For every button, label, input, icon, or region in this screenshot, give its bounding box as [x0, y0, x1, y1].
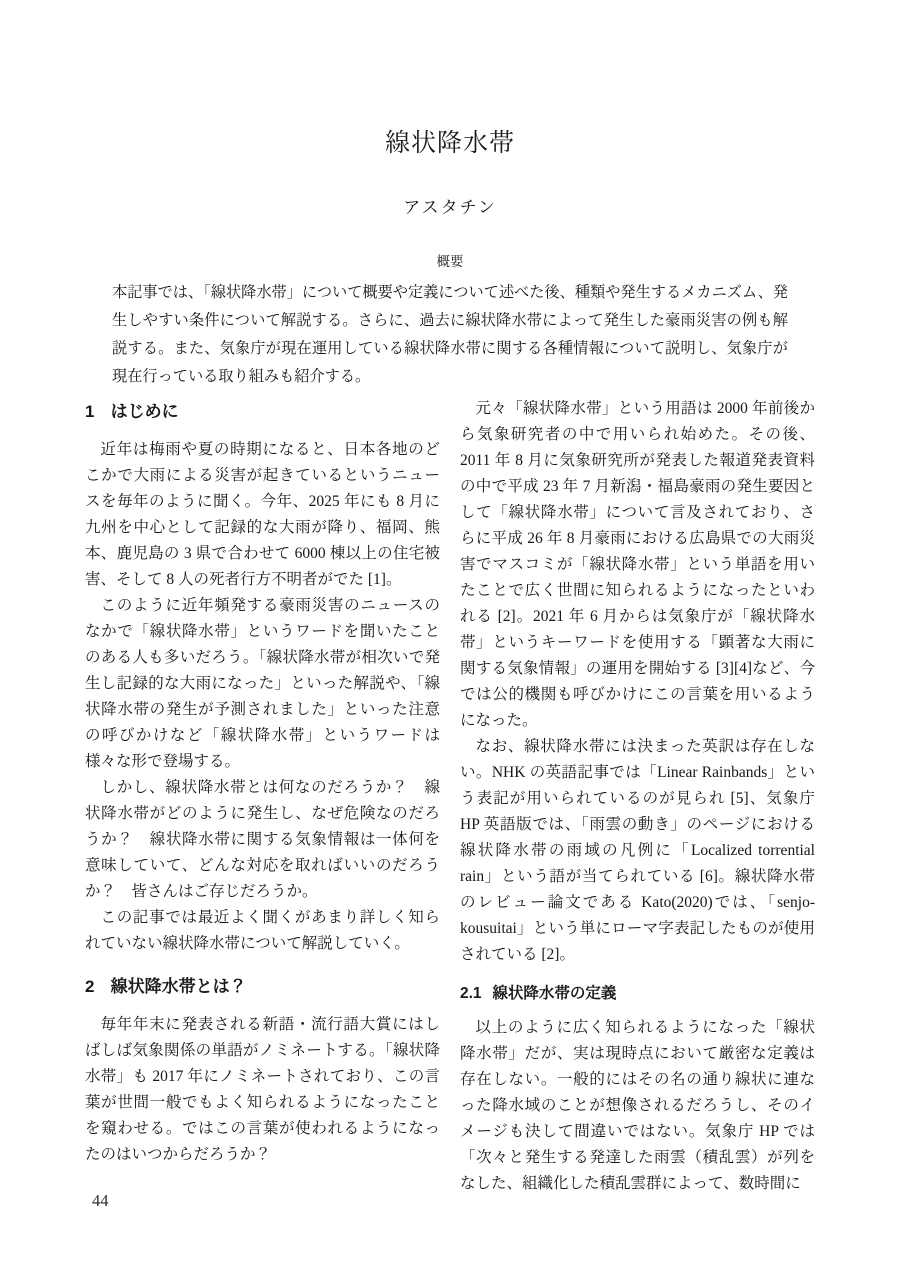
section-1-number: 1: [85, 400, 94, 424]
right-column: 元々「線状降水帯」という用語は 2000 年前後から気象研究者の中で用いられ始め…: [460, 396, 815, 1197]
abstract-heading: 概要: [0, 252, 900, 272]
section-1-paragraph-1: 近年は梅雨や夏の時期になると、日本各地のどこかで大雨による災害が起きているという…: [85, 437, 440, 593]
page-number: 44: [92, 1191, 109, 1211]
section-1-paragraph-4: この記事では最近よく聞くがあまり詳しく知られていない線状降水帯について解説してい…: [85, 905, 440, 957]
section-1-heading: 1はじめに: [85, 400, 440, 424]
section-2-number: 2: [85, 975, 94, 999]
section-2-paragraph-1: 毎年年末に発表される新語・流行語大賞にはしばしば気象関係の単語がノミネートする。…: [85, 1012, 440, 1168]
section-2-paragraph-2: 元々「線状降水帯」という用語は 2000 年前後から気象研究者の中で用いられ始め…: [460, 396, 815, 734]
left-column: 1はじめに 近年は梅雨や夏の時期になると、日本各地のどこかで大雨による災害が起き…: [85, 396, 440, 1197]
subsection-2-1-title: 線状降水帯の定義: [492, 985, 616, 1002]
subsection-2-1-number: 2.1: [460, 983, 482, 1005]
abstract-text: 本記事では、「線状降水帯」について概要や定義について述べた後、種類や発生するメカ…: [112, 279, 788, 391]
subsection-2-1-paragraph-1: 以上のように広く知られるようになった「線状降水帯」だが、実は現時点において厳密な…: [460, 1015, 815, 1197]
section-1-paragraph-3: しかし、線状降水帯とは何なのだろうか？ 線状降水帯がどのように発生し、なぜ危険な…: [85, 775, 440, 905]
document-title: 線状降水帯: [0, 127, 900, 161]
section-2-heading: 2線状降水帯とは？: [85, 975, 440, 999]
section-2-title: 線状降水帯とは？: [111, 977, 247, 996]
document-page: 線状降水帯 アスタチン 概要 本記事では、「線状降水帯」について概要や定義につい…: [0, 0, 900, 1271]
section-2-paragraph-3: なお、線状降水帯には決まった英訳は存在しない。NHK の英語記事では「Linea…: [460, 734, 815, 968]
subsection-2-1-heading: 2.1線状降水帯の定義: [460, 983, 815, 1005]
section-1-paragraph-2: このように近年頻発する豪雨災害のニュースのなかで「線状降水帯」というワードを聞い…: [85, 593, 440, 775]
two-column-body: 1はじめに 近年は梅雨や夏の時期になると、日本各地のどこかで大雨による災害が起き…: [85, 396, 815, 1197]
section-1-title: はじめに: [111, 402, 179, 421]
author-name: アスタチン: [0, 196, 900, 220]
